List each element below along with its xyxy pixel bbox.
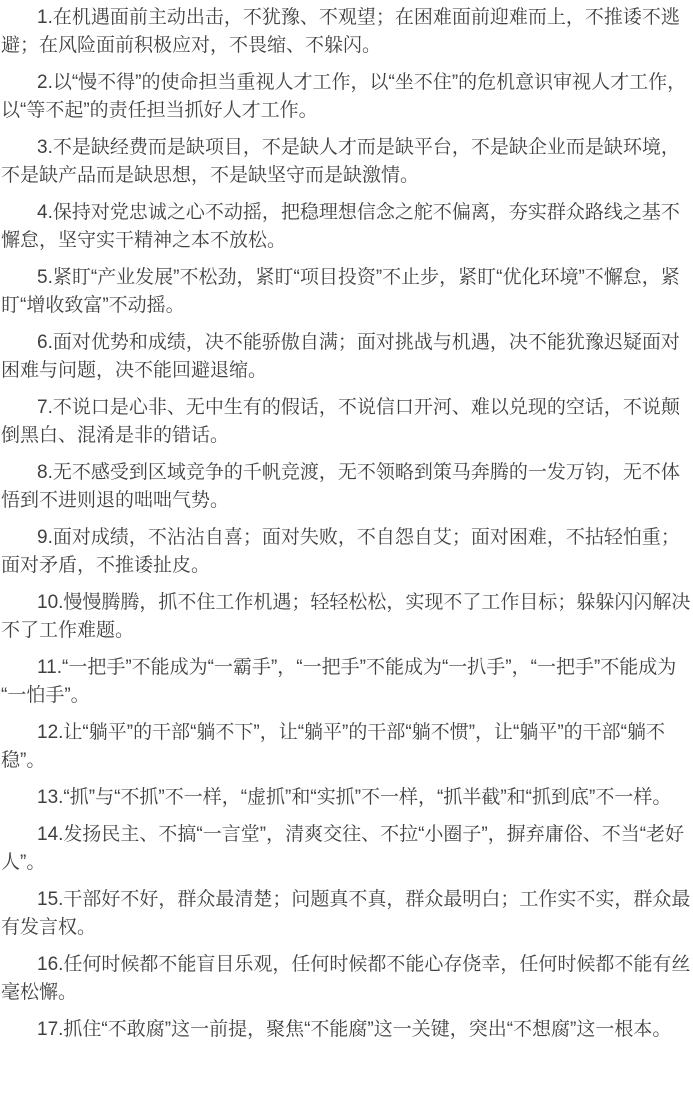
paragraph-9: 9.面对成绩，不沾沾自喜；面对失败，不自怨自艾；面对困难，不拈轻怕重；面对矛盾，…	[1, 524, 692, 580]
paragraph-3: 3.不是缺经费而是缺项目，不是缺人才而是缺平台，不是缺企业而是缺环境，不是缺产品…	[1, 134, 692, 190]
paragraph-12: 12.让“躺平”的干部“躺不下”，让“躺平”的干部“躺不惯”，让“躺平”的干部“…	[1, 719, 692, 775]
paragraph-8: 8.无不感受到区域竞争的千帆竞渡，无不领略到策马奔腾的一发万钧，无不体悟到不进则…	[1, 459, 692, 515]
paragraph-7: 7.不说口是心非、无中生有的假话，不说信口开河、难以兑现的空话，不说颠倒黑白、混…	[1, 394, 692, 450]
paragraph-16: 16.任何时候都不能盲目乐观，任何时候都不能心存侥幸，任何时候都不能有丝毫松懈。	[1, 951, 692, 1007]
paragraph-13: 13.“抓”与“不抓”不一样，“虚抓”和“实抓”不一样，“抓半截”和“抓到底”不…	[1, 784, 692, 812]
paragraph-2: 2.以“慢不得”的使命担当重视人才工作，以“坐不住”的危机意识审视人才工作，以“…	[1, 69, 692, 125]
paragraph-1: 1.在机遇面前主动出击，不犹豫、不观望；在困难面前迎难而上，不推诿不逃避；在风险…	[1, 4, 692, 60]
paragraph-15: 15.干部好不好，群众最清楚；问题真不真，群众最明白；工作实不实，群众最有发言权…	[1, 886, 692, 942]
paragraph-14: 14.发扬民主、不搞“一言堂”，清爽交往、不拉“小圈子”，摒弃庸俗、不当“老好人…	[1, 821, 692, 877]
paragraph-11: 11.“一把手”不能成为“一霸手”，“一把手”不能成为“一扒手”，“一把手”不能…	[1, 654, 692, 710]
paragraph-17: 17.抓住“不敢腐”这一前提，聚焦“不能腐”这一关键，突出“不想腐”这一根本。	[1, 1016, 692, 1044]
paragraph-10: 10.慢慢腾腾，抓不住工作机遇；轻轻松松，实现不了工作目标；躲躲闪闪解决不了工作…	[1, 589, 692, 645]
paragraph-4: 4.保持对党忠诚之心不动摇，把稳理想信念之舵不偏离，夯实群众路线之基不懈怠，坚守…	[1, 199, 692, 255]
paragraph-5: 5.紧盯“产业发展”不松劲，紧盯“项目投资”不止步，紧盯“优化环境”不懈怠，紧盯…	[1, 264, 692, 320]
paragraph-6: 6.面对优势和成绩，决不能骄傲自满；面对挑战与机遇，决不能犹豫迟疑面对困难与问题…	[1, 329, 692, 385]
document-body: 1.在机遇面前主动出击，不犹豫、不观望；在困难面前迎难而上，不推诿不逃避；在风险…	[0, 0, 693, 1044]
